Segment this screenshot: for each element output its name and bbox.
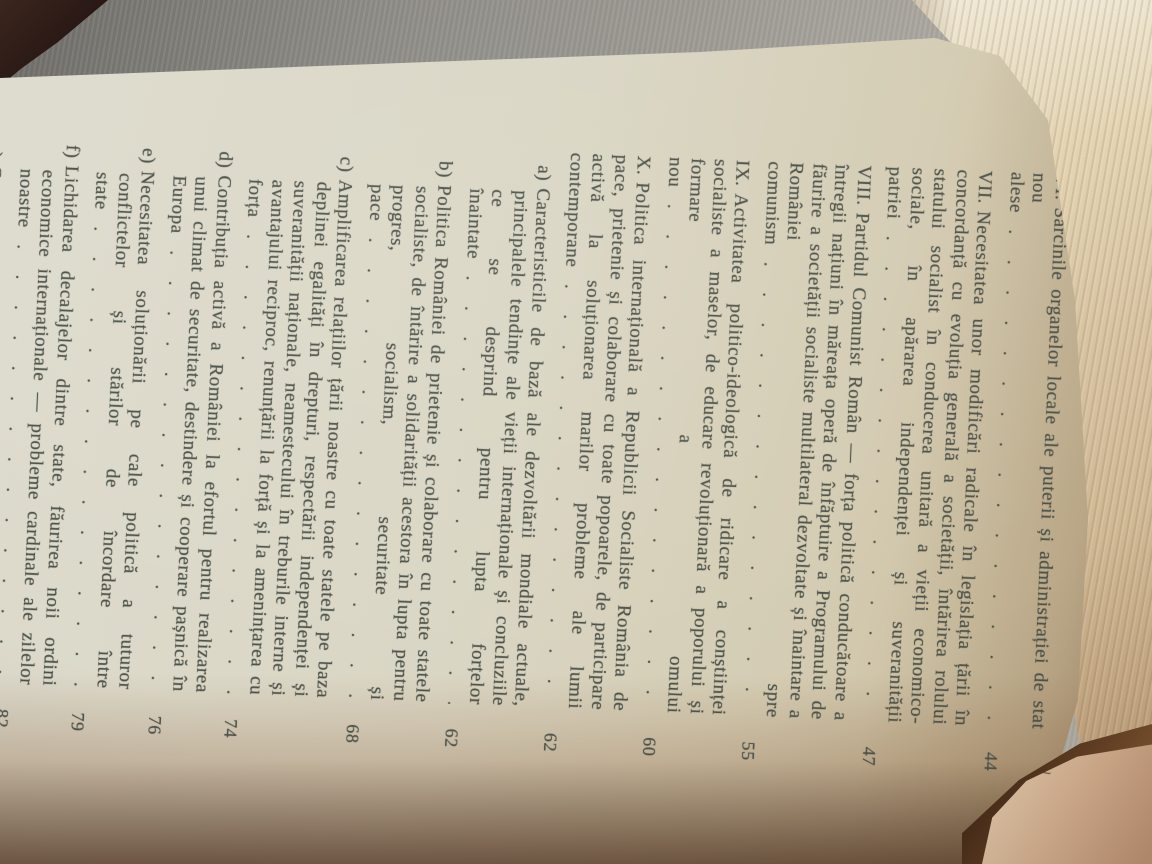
toc-entry-page-number: 60 [637,720,661,757]
toc-entry-page-number: 76 [143,698,167,735]
toc-entry: a)Caracteristicile de bază ale dezvoltăr… [440,162,555,751]
book-photo: VI.Sarcinile organelor locale ale puteri… [0,0,1152,864]
toc-entry: e)Necesitatea soluționării pe cale polit… [66,146,159,734]
toc-entry-body: VI.Sarcinile organelor locale ale puteri… [981,171,1073,729]
toc-entry-body: VIII.Partidul Comunist Român — forța pol… [738,161,875,721]
toc-entry-text: Amplificarea relațiilor țării noastre cu… [243,178,356,698]
toc-entry-text: Partidul Comunist Român — forța politică… [760,161,872,721]
toc-entry-label: VIII. [852,165,875,206]
toc-entry-label: e) [138,148,160,165]
toc-entry-label: d) [214,151,236,169]
toc-entry-page-number: 62 [440,711,464,748]
toc-entry-page-number: 79 [66,695,90,732]
toc-entry-label: f) [61,144,83,159]
book-page: VI.Sarcinile organelor locale ale puteri… [0,0,1152,864]
toc-entry-body: d)Contribuția activă a României la efort… [145,149,236,693]
toc-entry-body: f)Lichidarea decalajelor dintre state, f… [0,142,83,686]
toc-entry-body: b)Politica României de prietenie și cola… [343,158,457,703]
toc-entry-label: c) [335,156,357,173]
toc-entry-body: a)Caracteristicile de bază ale dezvoltăr… [441,162,555,707]
toc-entry-text: Necesitatea unor modificări radicale în … [883,166,994,726]
table-of-contents: VI.Sarcinile organelor locale ale puteri… [31,130,1072,774]
toc-entry-label: a) [533,165,555,182]
toc-entry-page-number: 44 [979,735,1003,772]
toc-entry-label: g) [0,141,7,159]
toc-entry: VI.Sarcinile organelor locale ale puteri… [979,171,1073,773]
toc-entry-page-number: 74 [219,702,243,739]
toc-entry: d)Contribuția activă a României la efort… [143,149,236,737]
toc-entry-text: Politica internațională a Republicii Soc… [561,152,653,711]
toc-entry-text: Caracteristicile de bază ale dezvoltării… [462,188,554,707]
toc-entry-body: e)Necesitatea soluționării pe cale polit… [68,146,159,690]
toc-entry: VII.Necesitatea unor modificări radicale… [858,166,997,770]
toc-entry-body: IX.Activitatea politico-ideologică de ri… [639,157,753,716]
toc-entry-label: X. [633,155,655,176]
toc-entry-text: Politica României de prietenie și colabo… [365,184,455,703]
toc-entry-label: b) [434,161,456,179]
toc-entry: IX.Activitatea politico-ideologică de ri… [637,157,753,760]
toc-entry-label: IX. [731,160,753,188]
toc-entry-body: VII.Necesitatea unor modificări radicale… [860,166,997,726]
toc-entry: X.Politica internațională a Republicii S… [538,152,654,755]
toc-entry-text: Activitatea politico-ideologică de ridic… [663,157,752,716]
toc-entry-page-number: 47 [858,730,882,767]
toc-entry-page-number: 62 [538,716,562,753]
toc-entry: VIII.Partidul Comunist Român — forța pol… [736,161,875,765]
toc-entry-page-number: 68 [341,707,365,744]
toc-entry: c)Amplificarea relațiilor țării noastre … [219,152,357,742]
toc-entry-page-number: 82 [0,692,14,729]
toc-entry-page-number: 55 [736,724,760,761]
toc-entry-text: Sarcinile organelor locale ale puterii ș… [1005,172,1071,730]
toc-entry-body: X.Politica internațională a Republicii S… [540,152,654,711]
toc-entry: b)Politica României de prietenie și cola… [341,158,456,747]
toc-entry-body: c)Amplificarea relațiilor țării noastre … [221,152,357,698]
toc-entry-label: VII. [974,170,996,204]
